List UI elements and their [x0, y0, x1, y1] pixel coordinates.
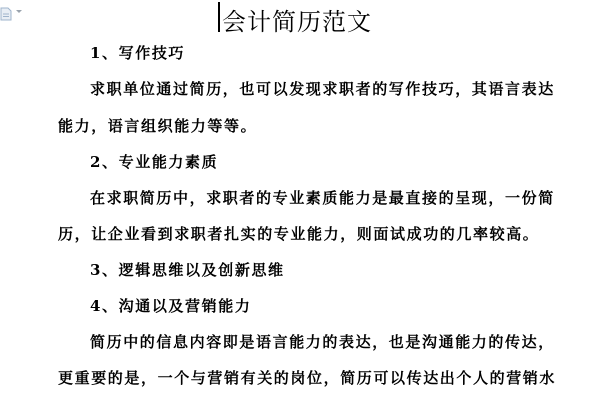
chevron-down-icon[interactable]: [16, 10, 22, 13]
section-heading-1: 1、写作技巧: [90, 42, 185, 63]
paragraph-line: 能力，语言组织能力等等。: [58, 115, 257, 136]
text-cursor: [218, 2, 220, 32]
section-heading-3: 3、逻辑思维以及创新思维: [90, 259, 285, 280]
paragraph-line: 历，让企业看到求职者扎实的专业能力，则面试成功的几率较高。: [58, 223, 539, 244]
paragraph-line: 简历中的信息内容即是语言能力的表达，也是沟通能力的传达，: [90, 331, 555, 352]
paragraph-line: 更重要的是，一个与营销有关的岗位，简历可以传达出个人的营销水: [58, 367, 556, 388]
paragraph-line: 求职单位通过简历，也可以发现求职者的写作技巧，其语言表达: [90, 78, 555, 99]
paragraph-line: 在求职简历中，求职者的专业素质能力是最直接的呈现，一份简: [90, 187, 555, 208]
section-heading-2: 2、专业能力素质: [90, 151, 218, 172]
document-title: 会计简历范文: [222, 2, 372, 37]
section-heading-4: 4、沟通以及营销能力: [90, 295, 251, 316]
document-icon[interactable]: [0, 6, 12, 20]
